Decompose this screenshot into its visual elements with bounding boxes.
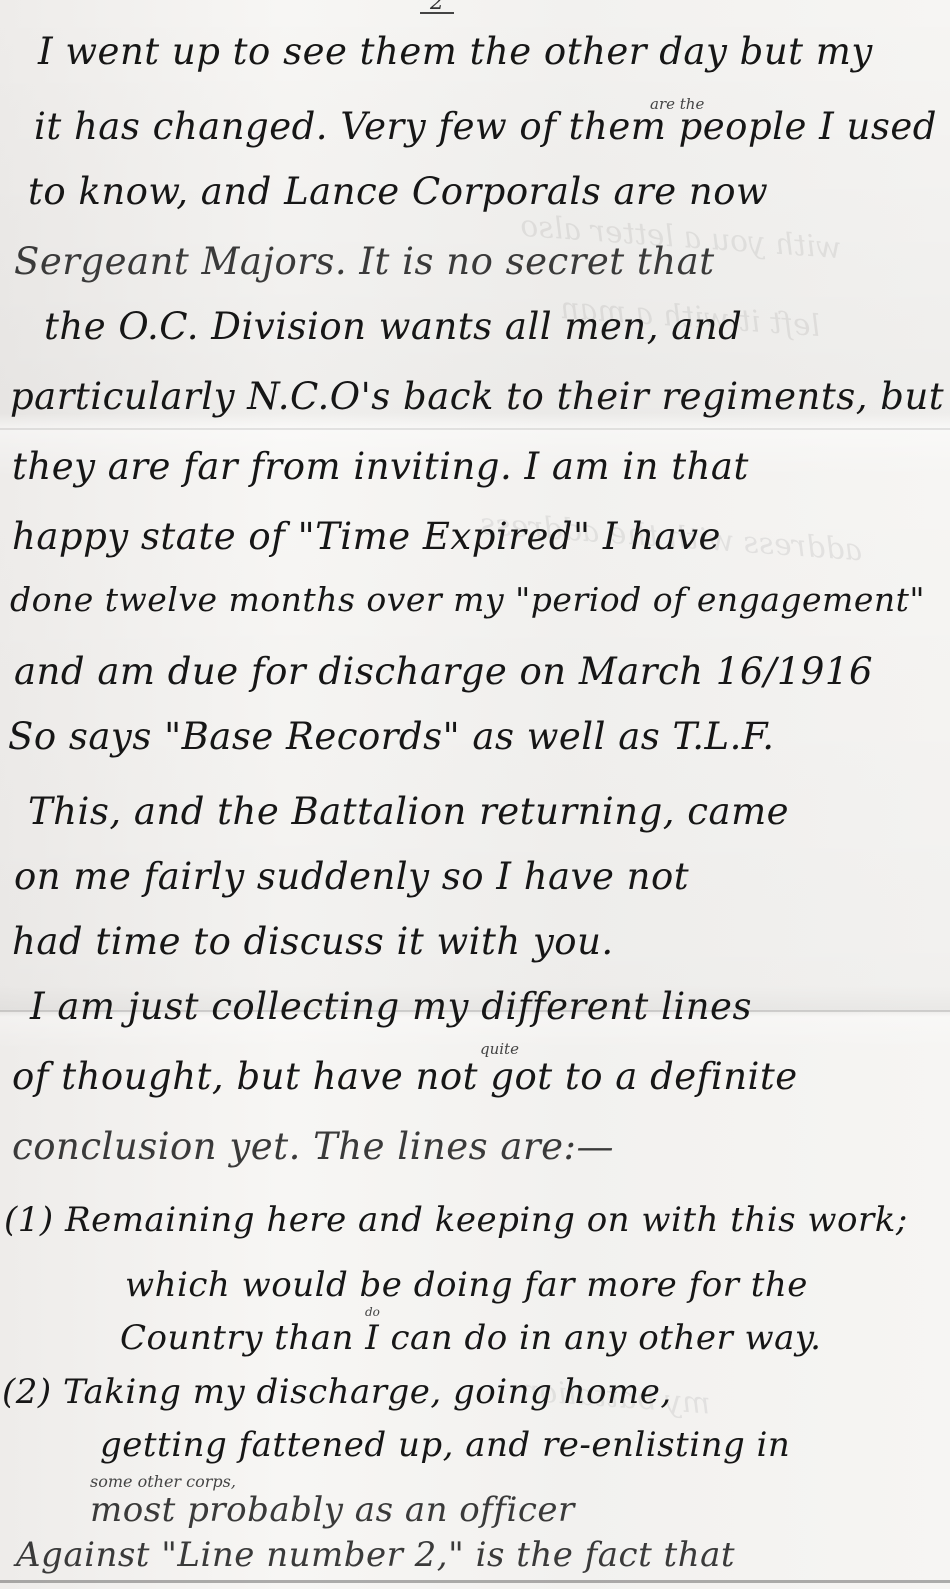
insertion-some-other-corps: some other corps,: [90, 1472, 236, 1491]
text-line-6: particularly N.C.O's back to their regim…: [10, 375, 944, 418]
text-line-24: Against "Line number 2," is the fact tha…: [16, 1535, 735, 1575]
text-line-18: (1) Remaining here and keeping on with t…: [4, 1200, 908, 1240]
text-line-21: (2) Taking my discharge, going home,: [2, 1372, 672, 1412]
text-line-7: they are far from inviting. I am in that: [12, 445, 749, 488]
text-line-5: the O.C. Division wants all men, and: [44, 305, 742, 348]
text-line-19: which would be doing far more for the: [125, 1265, 808, 1305]
text-line-17: conclusion yet. The lines are:—: [12, 1125, 614, 1168]
text-line-2: it has changed. Very few of them people …: [34, 105, 937, 148]
text-line-16: of thought, but have not got to a defini…: [12, 1055, 798, 1098]
text-line-10: and am due for discharge on March 16/191…: [14, 650, 873, 693]
text-line-4: Sergeant Majors. It is no secret that: [14, 240, 715, 283]
insertion-do: do: [365, 1305, 380, 1319]
text-line-1: I went up to see them the other day but …: [38, 30, 873, 73]
text-line-8: happy state of "Time Expired" I have: [12, 515, 721, 558]
text-line-9: done twelve months over my "period of en…: [10, 580, 925, 619]
letter-page: with you a letter also left it with a ma…: [0, 0, 950, 1589]
paper-fold: [0, 428, 950, 430]
text-line-13: on me fairly suddenly so I have not: [14, 855, 689, 898]
text-line-14: had time to discuss it with you.: [12, 920, 614, 963]
text-line-12: This, and the Battalion returning, came: [28, 790, 789, 833]
text-line-11: So says "Base Records" as well as T.L.F.: [8, 715, 775, 758]
text-line-23: most probably as an officer: [90, 1490, 575, 1530]
text-line-15: I am just collecting my different lines: [30, 985, 752, 1028]
text-line-22: getting fattened up, and re-enlisting in: [100, 1425, 790, 1465]
page-number: 2: [420, 0, 454, 14]
page-edge: [0, 1580, 950, 1583]
text-line-3: to know, and Lance Corporals are now: [28, 170, 768, 213]
text-line-20: Country than I can do in any other way.: [120, 1318, 821, 1358]
